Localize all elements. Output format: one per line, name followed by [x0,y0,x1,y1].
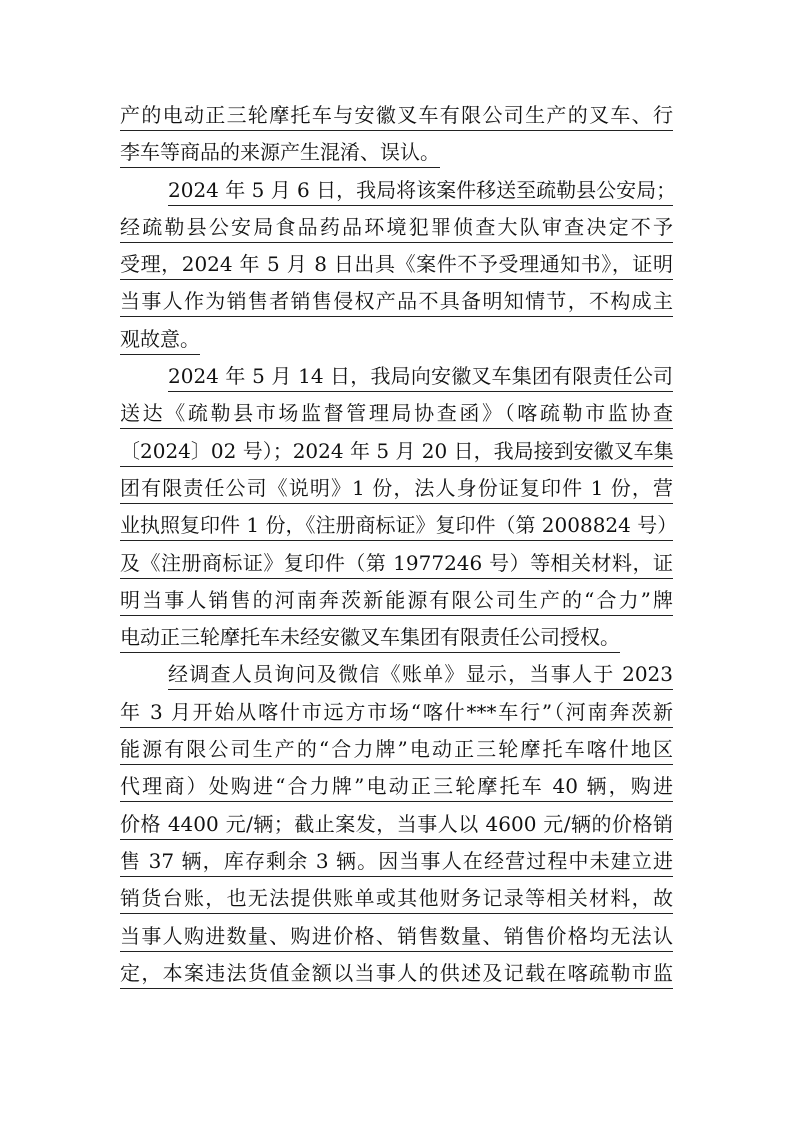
underlined-text: 能源有限公司生产的“合力牌”电动正三轮摩托车喀什地区 [120,734,673,765]
text-line: 当事人作为销售者销售侵权产品不具备明知情节，不构成主 [120,286,673,323]
document-body: 产的电动正三轮摩托车与安徽叉车有限公司生产的叉车、行李车等商品的来源产生混淆、误… [120,100,673,995]
text-line: 2024 年 5 月 14 日，我局向安徽叉车集团有限责任公司 [120,361,673,398]
underlined-text: 售 37 辆，库存剩余 3 辆。因当事人在经营过程中未建立进 [120,846,673,877]
underlined-text: 2024 年 5 月 6 日，我局将该案件移送至疏勒县公安局； [168,175,673,206]
text-line: 经调查人员询问及微信《账单》显示，当事人于 2023 [120,659,673,696]
underlined-text: 明当事人销售的河南奔茨新能源有限公司生产的“合力”牌 [120,585,673,616]
text-line: 及《注册商标证》复印件（第 1977246 号）等相关材料，证 [120,548,673,585]
text-line: 〔2024〕02 号）；2024 年 5 月 20 日，我局接到安徽叉车集 [120,436,673,473]
underlined-text: 〔2024〕02 号）；2024 年 5 月 20 日，我局接到安徽叉车集 [120,436,673,467]
text-line: 电动正三轮摩托车未经安徽叉车集团有限责任公司授权。 [120,622,673,659]
text-line: 当事人购进数量、购进价格、销售数量、销售价格均无法认 [120,921,673,958]
underlined-text: 及《注册商标证》复印件（第 1977246 号）等相关材料，证 [120,548,673,579]
underlined-text: 当事人购进数量、购进价格、销售数量、销售价格均无法认 [120,921,673,952]
underlined-text: 经疏勒县公安局食品药品环境犯罪侦查大队审查决定不予 [120,212,673,243]
underlined-text: 李车等商品的来源产生混淆、误认。 [120,137,440,168]
underlined-text: 年 3 月开始从喀什市远方市场“喀什***车行”（河南奔茨新 [120,697,673,728]
paragraph: 经调查人员询问及微信《账单》显示，当事人于 2023年 3 月开始从喀什市远方市… [120,659,673,995]
text-line: 明当事人销售的河南奔茨新能源有限公司生产的“合力”牌 [120,585,673,622]
underlined-text: 电动正三轮摩托车未经安徽叉车集团有限责任公司授权。 [120,622,620,653]
text-line: 代理商）处购进“合力牌”电动正三轮摩托车 40 辆，购进 [120,771,673,808]
text-line: 送达《疏勒县市场监督管理局协查函》（喀疏勒市监协查 [120,398,673,435]
text-line: 李车等商品的来源产生混淆、误认。 [120,137,673,174]
underlined-text: 团有限责任公司《说明》1 份，法人身份证复印件 1 份，营 [120,473,673,504]
text-line: 价格 4400 元/辆；截止案发，当事人以 4600 元/辆的价格销 [120,809,673,846]
underlined-text: 价格 4400 元/辆；截止案发，当事人以 4600 元/辆的价格销 [120,809,673,840]
underlined-text: 业执照复印件 1 份，《注册商标证》复印件（第 2008824 号） [120,510,673,541]
underlined-text: 定，本案违法货值金额以当事人的供述及记载在喀疏勒市监 [120,958,673,989]
underlined-text: 2024 年 5 月 14 日，我局向安徽叉车集团有限责任公司 [168,361,673,392]
underlined-text: 观故意。 [120,324,200,355]
text-line: 经疏勒县公安局食品药品环境犯罪侦查大队审查决定不予 [120,212,673,249]
underlined-text: 受理，2024 年 5 月 8 日出具《案件不予受理通知书》，证明 [120,249,673,280]
text-line: 年 3 月开始从喀什市远方市场“喀什***车行”（河南奔茨新 [120,697,673,734]
underlined-text: 销货台账，也无法提供账单或其他财务记录等相关材料，故 [120,883,673,914]
text-line: 售 37 辆，库存剩余 3 辆。因当事人在经营过程中未建立进 [120,846,673,883]
text-line: 2024 年 5 月 6 日，我局将该案件移送至疏勒县公安局； [120,175,673,212]
underlined-text: 当事人作为销售者销售侵权产品不具备明知情节，不构成主 [120,286,673,317]
text-line: 观故意。 [120,324,673,361]
underlined-text: 代理商）处购进“合力牌”电动正三轮摩托车 40 辆，购进 [120,771,673,802]
text-line: 业执照复印件 1 份，《注册商标证》复印件（第 2008824 号） [120,510,673,547]
text-line: 销货台账，也无法提供账单或其他财务记录等相关材料，故 [120,883,673,920]
document-page: 产的电动正三轮摩托车与安徽叉车有限公司生产的叉车、行李车等商品的来源产生混淆、误… [0,0,793,1122]
underlined-text: 经调查人员询问及微信《账单》显示，当事人于 2023 [168,659,673,690]
text-line: 团有限责任公司《说明》1 份，法人身份证复印件 1 份，营 [120,473,673,510]
text-line: 能源有限公司生产的“合力牌”电动正三轮摩托车喀什地区 [120,734,673,771]
text-line: 定，本案违法货值金额以当事人的供述及记载在喀疏勒市监 [120,958,673,995]
paragraph: 产的电动正三轮摩托车与安徽叉车有限公司生产的叉车、行李车等商品的来源产生混淆、误… [120,100,673,175]
underlined-text: 产的电动正三轮摩托车与安徽叉车有限公司生产的叉车、行 [120,100,673,131]
text-line: 受理，2024 年 5 月 8 日出具《案件不予受理通知书》，证明 [120,249,673,286]
text-line: 产的电动正三轮摩托车与安徽叉车有限公司生产的叉车、行 [120,100,673,137]
paragraph: 2024 年 5 月 6 日，我局将该案件移送至疏勒县公安局；经疏勒县公安局食品… [120,175,673,361]
underlined-text: 送达《疏勒县市场监督管理局协查函》（喀疏勒市监协查 [120,398,673,429]
paragraph: 2024 年 5 月 14 日，我局向安徽叉车集团有限责任公司送达《疏勒县市场监… [120,361,673,659]
